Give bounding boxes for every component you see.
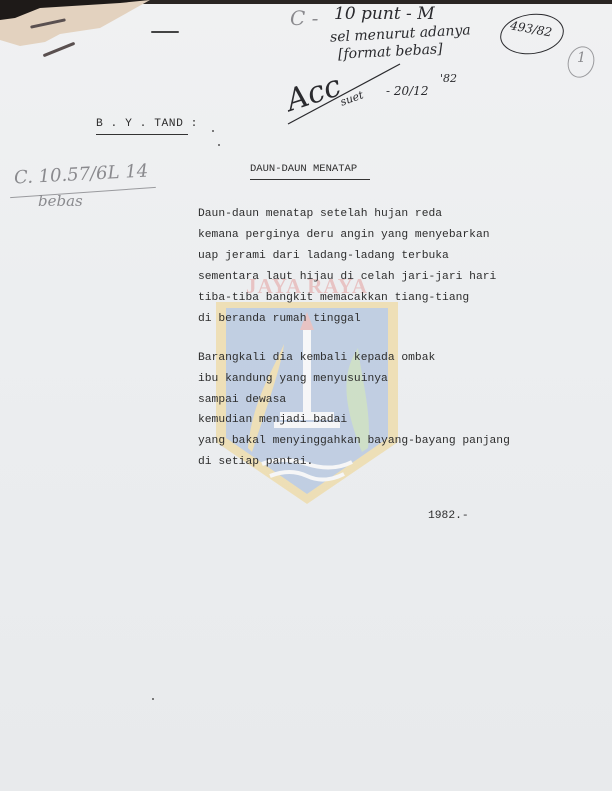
poem-title: DAUN-DAUN MENATAP [250,163,357,175]
note-line-2: sel menurut adanya [330,22,471,45]
left-note-rule [10,187,156,198]
author-heading: B . Y . TAND : [96,118,198,130]
poem-year: 1982.- [428,510,469,522]
poem-line: uap jerami dari ladang-ladang terbuka [198,250,496,271]
poem-line: di setiap pantai. [198,456,510,477]
author-underline [96,134,188,135]
approval-year: '82 [440,72,457,85]
poem-line: di beranda rumah tinggal [198,313,496,334]
left-note-line-2: bebas [38,192,83,210]
stanza-1: Daun-daun menatap setelah hujan reda kem… [198,208,496,334]
staple-mark [43,42,76,58]
poem-line: yang bakal menyinggahkan bayang-bayang p… [198,435,510,456]
poem-line: tiba-tiba bangkit memacakkan tiang-tiang [198,292,496,313]
dust-speck [218,144,220,146]
dust-speck [152,698,154,700]
poem-line: Barangkali dia kembali kepada ombak [198,352,510,373]
note-prefix: C - [290,6,318,30]
poem-line: sementara laut hijau di celah jari-jari … [198,271,496,292]
dust-speck [212,130,214,132]
poem-line: kemudian menjadi badai [198,414,510,435]
poem-line: kemana perginya deru angin yang menyebar… [198,229,496,250]
note-line-1: 10 punt - M [334,4,435,24]
staple-mark [151,31,179,33]
page-number: 1 [577,50,586,66]
document-page: JAYA RAYA B . Y . TAND : DAUN-DAUN MENAT… [0,0,612,791]
left-note-line-1: C. 10.57/6L 14 [14,161,149,189]
title-underline [250,179,370,180]
signature-stroke [284,60,404,130]
poem-line: Daun-daun menatap setelah hujan reda [198,208,496,229]
poem-line: sampai dewasa [198,394,510,415]
stanza-2: Barangkali dia kembali kepada ombak ibu … [198,352,510,477]
poem-line: ibu kandung yang menyusuinya [198,373,510,394]
